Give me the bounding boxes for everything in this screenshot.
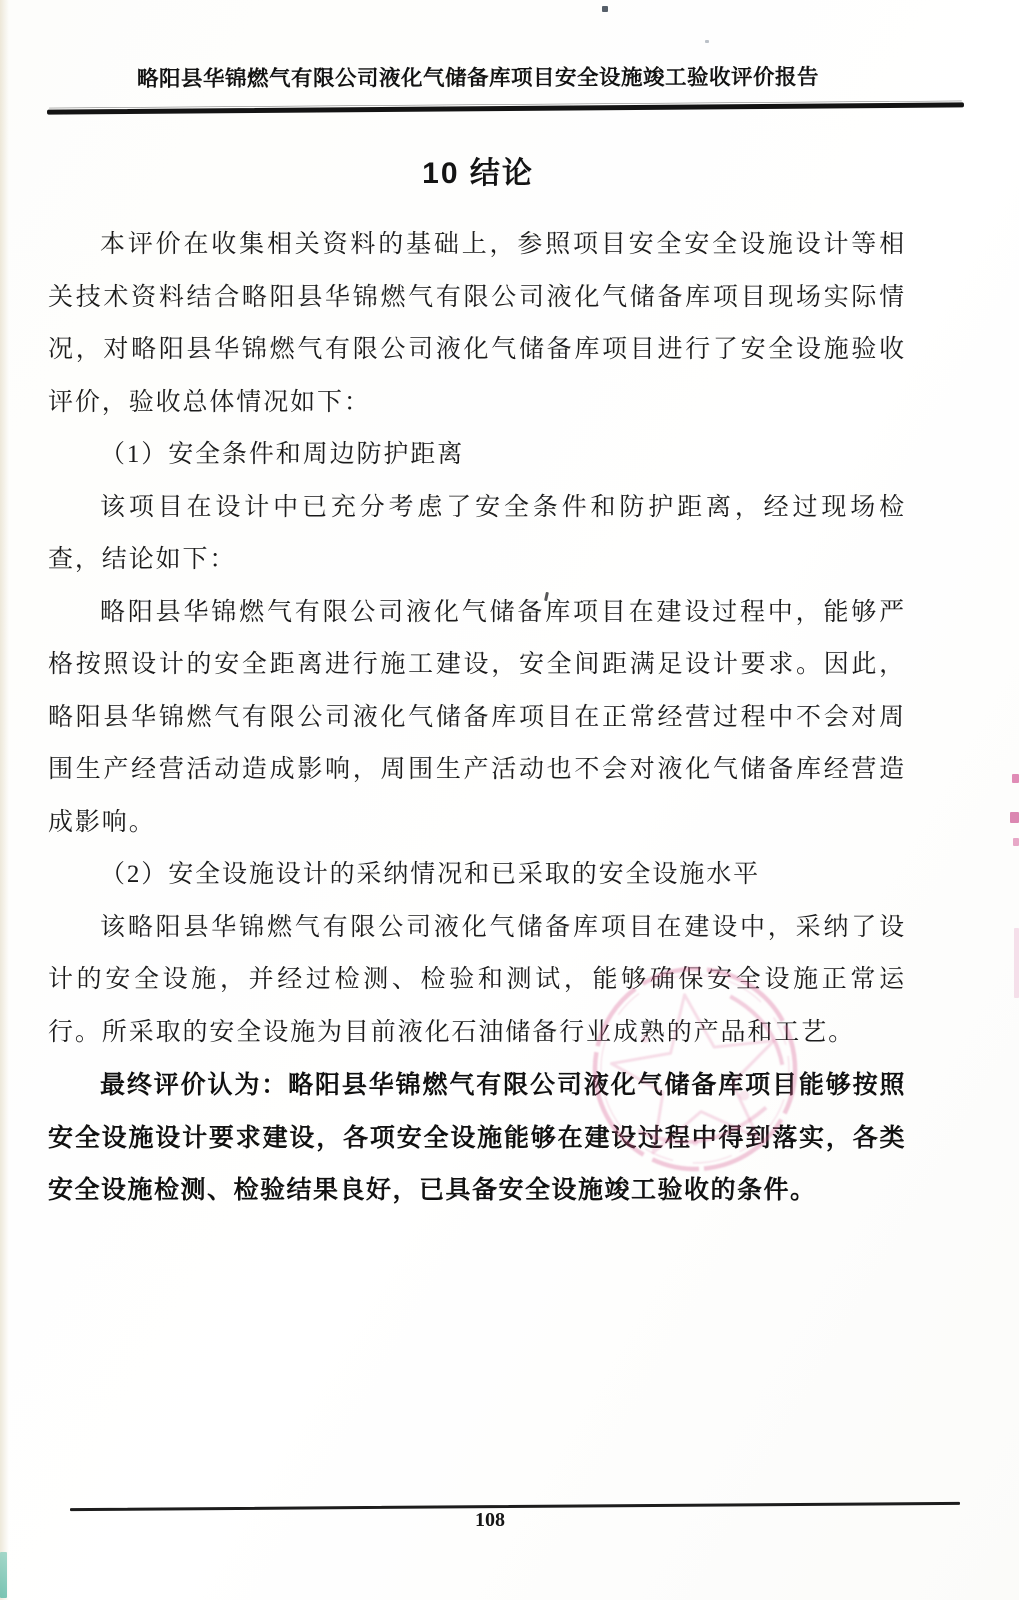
header-divider-rule: [47, 102, 964, 114]
scan-speck-icon: [705, 40, 709, 43]
page-number: 108: [0, 1509, 980, 1532]
body-paragraph-1: 本评价在收集相关资料的基础上，参照项目安全安全设施设计等相关技术资料结合略阳县华…: [48, 219, 906, 429]
section-heading-1: （1）安全条件和周边防护距离: [48, 429, 906, 482]
section-heading-2: （2）安全设施设计的采纳情况和已采取的安全设施水平: [48, 849, 906, 902]
pink-smear-mark-icon: [1014, 928, 1019, 998]
scan-speck-icon: [602, 6, 608, 12]
body-paragraph-3: 略阳县华锦燃气有限公司液化气储备库项目在建设过程中，能够严格按照设计的安全距离进…: [48, 587, 906, 850]
scan-corner-artifact-icon: [0, 1552, 7, 1598]
document-body: 本评价在收集相关资料的基础上，参照项目安全安全设施设计等相关技术资料结合略阳县华…: [48, 219, 906, 1217]
running-header-title: 略阳县华锦燃气有限公司液化气储备库项目安全设施竣工验收评价报告: [48, 60, 908, 93]
chapter-title: 10 结论: [48, 148, 908, 192]
red-pen-mark-icon: [1013, 838, 1019, 846]
scan-edge-tint: [0, 0, 9, 1600]
body-paragraph-4: 该略阳县华锦燃气有限公司液化气储备库项目在建设中，采纳了设计的安全设施，并经过检…: [48, 902, 906, 1060]
red-pen-mark-icon: [1012, 774, 1019, 783]
body-paragraph-2: 该项目在设计中已充分考虑了安全条件和防护距离，经过现场检查，结论如下：: [48, 482, 906, 587]
red-pen-mark-icon: [1010, 812, 1019, 823]
scanned-document-page: 略阳县华锦燃气有限公司液化气储备库项目安全设施竣工验收评价报告 10 结论 本评…: [0, 0, 1019, 1600]
final-conclusion-paragraph: 最终评价认为：略阳县华锦燃气有限公司液化气储备库项目能够按照安全设施设计要求建设…: [48, 1059, 906, 1217]
